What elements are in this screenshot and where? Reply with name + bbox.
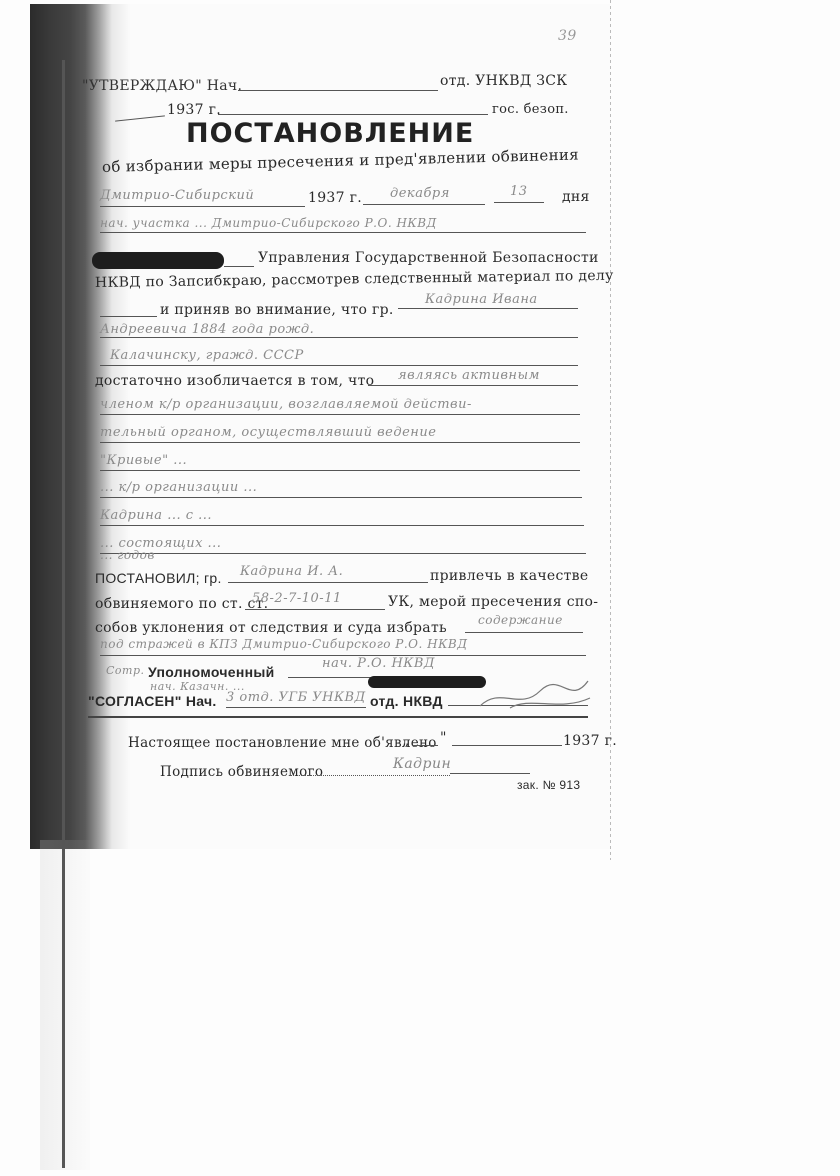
- announcement-text: Настоящее постановление мне об'явлено: [128, 735, 437, 751]
- announcement-quote-open: „: [402, 733, 410, 749]
- resolution-label: ПОСТАНОВИЛ; гр.: [95, 570, 222, 586]
- month-handwritten: декабря: [390, 186, 450, 201]
- approval-year: 1937 г.: [167, 102, 221, 118]
- day-handwritten: 13: [510, 184, 528, 199]
- field-line: [100, 470, 580, 471]
- accused-name-handwritten: Кадрина Ивана: [425, 292, 538, 307]
- approval-dept: отд. УНКВД ЗСК: [440, 73, 567, 89]
- agreed-label: "СОГЛАСЕН" Нач.: [88, 693, 217, 709]
- redaction-bar: [368, 676, 486, 688]
- authorized-prefix-handwritten: Сотр.: [106, 664, 145, 677]
- page-edge: [610, 0, 611, 860]
- field-line: [245, 609, 385, 610]
- field-line: [290, 775, 450, 777]
- officer-handwritten: нач. участка ... Дмитрио-Сибирского Р.О.…: [100, 216, 437, 230]
- resolution-name-handwritten: Кадрина И. А.: [240, 564, 343, 579]
- accusation-line-5: ... к/р организации ...: [100, 480, 257, 495]
- section-divider: [88, 716, 588, 718]
- field-line: [100, 525, 584, 526]
- agreed-handwritten: 3 отд. УГБ УНКВД: [226, 690, 366, 705]
- accusation-line-1: являясь активным: [398, 368, 540, 383]
- resolution-text-3: собов уклонения от следствия и суда избр…: [95, 620, 447, 636]
- field-line: [228, 582, 428, 583]
- order-number: зак. № 913: [517, 778, 580, 792]
- resolution-text-2-suffix: УК, мерой пресечения спо-: [388, 594, 598, 610]
- place-handwritten: Дмитрио-Сибирский: [100, 188, 254, 203]
- accusation-line-4: "Кривые" ...: [100, 453, 187, 468]
- field-line: [100, 206, 305, 207]
- body-line-3: и приняв во внимание, что гр.: [160, 302, 394, 318]
- announcement-year: 1937 г.: [563, 733, 617, 749]
- accusation-line-8: ... годов: [100, 548, 155, 562]
- accused-signature-label: Подпись обвиняемого: [160, 764, 323, 780]
- measure-handwritten: содержание: [478, 613, 563, 627]
- binding-line: [62, 60, 65, 1168]
- page-number-mark: 39: [558, 28, 577, 44]
- accused-signature-handwritten: Кадрин: [393, 756, 451, 772]
- measure-line-2-handwritten: под стражей в КПЗ Дмитрио-Сибирского Р.О…: [100, 637, 467, 651]
- field-line: [218, 114, 488, 115]
- announcement-quote-close: ": [440, 730, 447, 746]
- field-line: [412, 745, 438, 746]
- field-line: [100, 232, 586, 233]
- field-line: [100, 337, 578, 338]
- body-line-1: Управления Государственной Безопасности: [258, 250, 599, 266]
- resolution-text-1: привлечь в качестве: [430, 568, 588, 584]
- field-line: [226, 707, 366, 708]
- field-line: [224, 266, 254, 267]
- document-title: ПОСТАНОВЛЕНИЕ: [186, 118, 474, 149]
- accusation-line-6: Кадрина ... с ...: [100, 508, 212, 523]
- authorized-label: Уполномоченный: [148, 664, 275, 680]
- field-line: [494, 202, 544, 203]
- accused-origin-handwritten: Калачинску, гражд. СССР: [110, 348, 304, 363]
- field-line: [363, 204, 485, 205]
- field-line: [100, 553, 586, 554]
- field-line: [368, 385, 578, 386]
- approval-suffix: гос. безоп.: [492, 102, 569, 117]
- field-line: [452, 745, 562, 746]
- field-line: [100, 414, 580, 415]
- resolution-text-2-prefix: обвиняемого по ст. ст.: [95, 596, 268, 612]
- authorized-handwritten: нач. Р.О. НКВД: [322, 656, 435, 671]
- field-line: [100, 442, 580, 443]
- field-line: [465, 632, 583, 633]
- date-year: 1937 г.: [308, 190, 362, 206]
- articles-handwritten: 58-2-7-10-11: [252, 591, 342, 606]
- accused-patronymic-handwritten: Андреевича 1884 года рожд.: [100, 322, 314, 337]
- field-line: [398, 308, 578, 309]
- field-line: [450, 773, 530, 774]
- field-line: [100, 365, 578, 366]
- redaction-bar: [92, 252, 224, 269]
- accusation-line-2: членом к/р организации, возглавляемой де…: [100, 397, 472, 412]
- accusation-line-3: тельный органом, осуществлявший ведение: [100, 425, 436, 440]
- field-line: [100, 316, 157, 317]
- field-line: [100, 497, 582, 498]
- field-line: [238, 90, 438, 91]
- binding-shadow-lower: [40, 840, 90, 1170]
- agreed-dept: отд. НКВД: [370, 693, 443, 709]
- approval-label: "УТВЕРЖДАЮ" Нач.: [82, 78, 242, 94]
- day-label: дня: [562, 189, 590, 205]
- official-signature: [470, 676, 600, 716]
- accusation-label: достаточно изобличается в том, что: [95, 373, 374, 389]
